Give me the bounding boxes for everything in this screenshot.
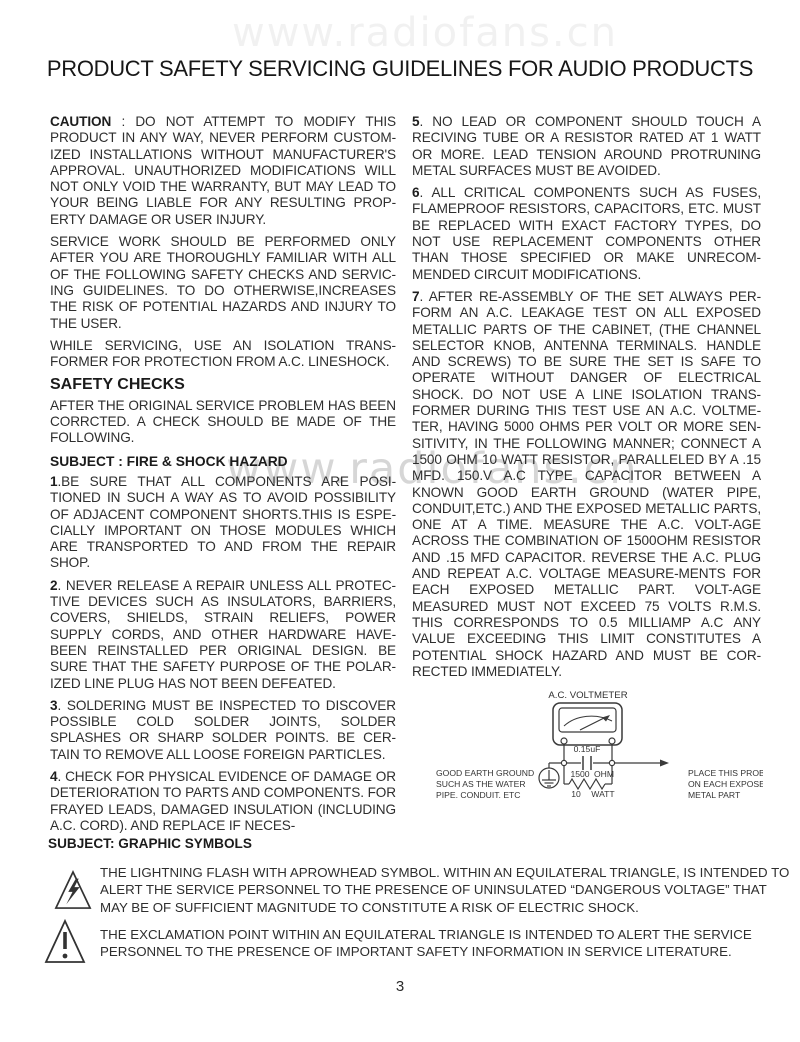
exclamation-triangle-icon — [44, 918, 86, 971]
graphic-symbols-heading: SUBJECT: GRAPHIC SYMBOLS — [48, 836, 252, 851]
page-title: PRODUCT SAFETY SERVICING GUIDELINES FOR … — [0, 56, 800, 82]
exclamation-warning-text: THE EXCLAMATION POINT WITHIN AN EQUILATE… — [100, 926, 794, 961]
svg-text:PLACE THIS PROBE: PLACE THIS PROBE — [688, 768, 763, 778]
lightning-triangle-icon — [54, 868, 92, 917]
right-column: 5. NO LEAD OR COMPONENT SHOULD TOUCH A R… — [412, 114, 761, 686]
caution-paragraph: CAUTION : DO NOT ATTEMPT TO MODIFY THIS … — [50, 114, 396, 228]
ac-leakage-test-diagram: A.C. VOLTMETER — [428, 684, 763, 819]
list-item: 1.BE SURE THAT ALL COMPONENTS ARE POSI-T… — [50, 474, 396, 572]
left-column: CAUTION : DO NOT ATTEMPT TO MODIFY THIS … — [50, 114, 396, 840]
service-work-paragraph: SERVICE WORK SHOULD BE PERFORMED ONLY AF… — [50, 234, 396, 332]
safety-checks-heading: SAFETY CHECKS — [50, 377, 396, 393]
list-item: 6. ALL CRITICAL COMPONENTS SUCH AS FUSES… — [412, 185, 761, 283]
resistor-value-label: 1500 — [570, 769, 589, 779]
list-item: 5. NO LEAD OR COMPONENT SHOULD TOUCH A R… — [412, 114, 761, 179]
capacitor-value-label: 0.15uF — [574, 744, 601, 754]
after-original-paragraph: AFTER THE ORIGINAL SERVICE PROBLEM HAS B… — [50, 398, 396, 447]
fire-shock-hazard-heading: SUBJECT : FIRE & SHOCK HAZARD — [50, 454, 396, 470]
svg-text:PIPE. CONDUIT. ETC: PIPE. CONDUIT. ETC — [436, 790, 521, 800]
ground-caption: GOOD EARTH GROUND SUCH AS THE WATER PIPE… — [436, 768, 534, 800]
resistor-power-label: 10 — [571, 789, 581, 799]
resistor-unit-label: OHM — [594, 769, 614, 779]
watermark-top: www.radiofans.cn — [232, 10, 618, 56]
list-item: 3. SOLDERING MUST BE INSPECTED TO DISCOV… — [50, 698, 396, 763]
earth-ground-icon — [539, 768, 559, 788]
probe-caption: PLACE THIS PROBE ON EACH EXPOSED METAL P… — [688, 768, 763, 800]
list-item: 7. AFTER RE-ASSEMBLY OF THE SET ALWAYS P… — [412, 289, 761, 680]
svg-text:ON EACH EXPOSED: ON EACH EXPOSED — [688, 779, 763, 789]
list-item: 2. NEVER RELEASE A REPAIR UNLESS ALL PRO… — [50, 578, 396, 692]
svg-text:SUCH AS THE WATER: SUCH AS THE WATER — [436, 779, 526, 789]
voltmeter-label: A.C. VOLTMETER — [548, 690, 627, 701]
circuit-wires — [549, 744, 669, 789]
while-servicing-paragraph: WHILE SERVICING, USE AN ISOLATION TRANS-… — [50, 338, 396, 371]
svg-text:GOOD EARTH GROUND: GOOD EARTH GROUND — [436, 768, 534, 778]
document-page: www.radiofans.cn www.radiofans.cn PRODUC… — [0, 0, 800, 1042]
svg-text:METAL PART: METAL PART — [688, 790, 741, 800]
list-item: 4. CHECK FOR PHYSICAL EVIDENCE OF DAMAGE… — [50, 769, 396, 834]
circuit-diagram-svg: A.C. VOLTMETER — [428, 684, 763, 819]
lightning-warning-text: THE LIGHTNING FLASH WITH APROWHEAD SYMBO… — [100, 864, 794, 916]
resistor-power-unit-label: WATT — [591, 789, 615, 799]
page-number: 3 — [0, 978, 800, 995]
voltmeter-icon — [553, 703, 622, 745]
caution-label: CAUTION — [50, 114, 111, 129]
